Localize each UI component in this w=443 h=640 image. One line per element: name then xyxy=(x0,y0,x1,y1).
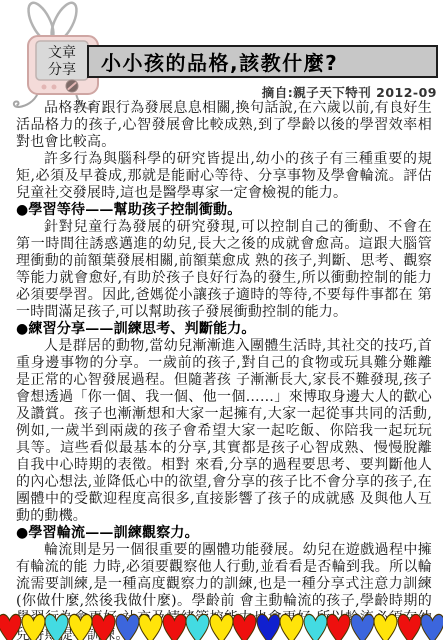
heart-icon xyxy=(256,613,281,640)
heart-icon xyxy=(232,613,257,640)
section-heading: ●練習分享——訓練思考、判斷能力。 xyxy=(16,321,432,338)
tv-dot xyxy=(42,85,47,90)
heart-icon xyxy=(209,613,234,640)
section-heading: ●學習等待——幫助孩子控制衝動。 xyxy=(16,202,432,219)
heart-icon xyxy=(185,613,210,640)
heart-icon xyxy=(279,613,304,640)
paragraph: 針對兒童行為發展的研究發現,可以控制自己的衝動、不會在第一時間往誘惑邁進的幼兒,… xyxy=(16,219,432,321)
document-page: 文章 分享 小小孩的品格,該教什麼? 摘自:親子天下特刊 2012-09 品格教… xyxy=(0,0,443,640)
tv-knob-icon xyxy=(66,80,78,92)
title-bar: 小小孩的品格,該教什麼? xyxy=(87,45,438,78)
heart-icon xyxy=(326,613,351,640)
paragraph: 許多行為與腦科學的研究皆提出,幼小的孩子有三種重要的規矩,必須及早養成,那就是能… xyxy=(16,151,432,202)
article-body: 品格教育跟行為發展息息相關,換句話說,在六歲以前,有良好生活品格力的孩子,心智發… xyxy=(16,100,432,640)
paragraph: 人是群居的動物,當幼兒漸漸進入團體生活時,其社交的技巧,首重身邊事物的分享。一歲… xyxy=(16,338,432,525)
page-title: 小小孩的品格,該教什麼? xyxy=(101,47,338,76)
heart-icon xyxy=(21,613,46,640)
heart-icon xyxy=(68,613,93,640)
paragraph: 品格教育跟行為發展息息相關,換句話說,在六歲以前,有良好生活品格力的孩子,心智發… xyxy=(16,100,432,151)
hearts-border xyxy=(0,613,443,640)
heart-icon xyxy=(303,613,328,640)
heart-icon xyxy=(162,613,187,640)
heart-icon xyxy=(350,613,375,640)
badge-label-line2: 分享 xyxy=(48,61,76,78)
section-heading: ●學習輪流——訓練觀察力。 xyxy=(16,525,432,542)
heart-icon xyxy=(115,613,140,640)
heart-icon xyxy=(420,613,443,640)
heart-icon xyxy=(91,613,116,640)
heart-icon xyxy=(138,613,163,640)
source-attribution: 摘自:親子天下特刊 2012-09 xyxy=(262,83,437,101)
heart-icon xyxy=(373,613,398,640)
badge-label-line1: 文章 xyxy=(48,44,76,61)
heart-icon xyxy=(44,613,69,640)
tv-dot xyxy=(52,85,57,90)
heart-icon xyxy=(0,613,22,640)
heart-icon xyxy=(397,613,422,640)
